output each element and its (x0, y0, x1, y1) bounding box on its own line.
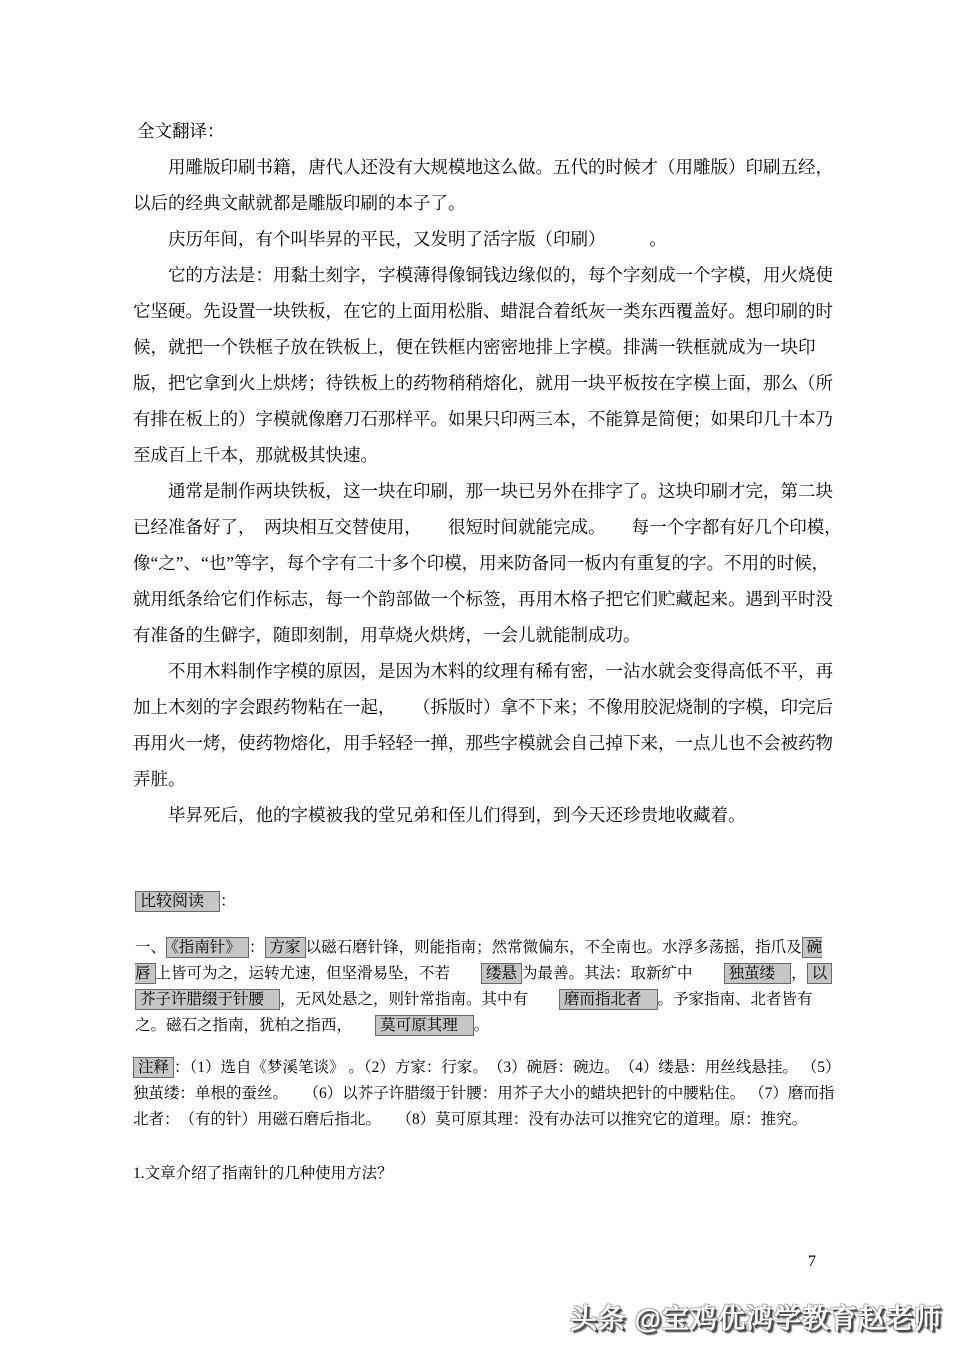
notes-text: ：（1）选自《梦溪笔谈》 。（2）方家：行家。 （3）碗唇：碗边。 （4）缕悬：… (133, 1059, 841, 1128)
translation-paragraph-2: 庆历年间，有个叫毕昇的平民，又发明了活字版（印刷） 。 (133, 221, 841, 257)
passage-text: 。 (474, 1017, 490, 1034)
question-1: 1.文章介绍了指南针的几种使用方法？ (133, 1161, 841, 1187)
passage-text: 上皆可为之，运转尤速，但坚滑易坠，不若 (156, 965, 482, 982)
highlighted-term-yi: 以 (807, 963, 833, 984)
translation-paragraph-4: 通常是制作两块铁板，这一块在印刷，那一块已另外在排字了。这块印刷才完，第二块已经… (133, 473, 841, 653)
notes-highlighted-label: 注释 (133, 1057, 174, 1078)
highlighted-term-lvxuan: 缕悬 (481, 963, 522, 984)
highlighted-term-fangjia: 方家 (265, 937, 306, 958)
page-content: 全文翻译： 用雕版印刷书籍，唐代人还没有大规模地这么做。五代的时候才（用雕版）印… (133, 113, 841, 1187)
section-title-full-translation: 全文翻译： (137, 113, 841, 149)
notes-paragraph: 注释：（1）选自《梦溪笔谈》 。（2）方家：行家。 （3）碗唇：碗边。 （4）缕… (133, 1055, 841, 1133)
highlighted-term-title: 《指南针》 (166, 937, 249, 958)
passage-text: 以磁石磨针锋，则能指南；然常微偏东，不全南也。水浮多荡摇，指爪及 (306, 939, 802, 956)
compass-passage: 一、《指南针》：方家以磁石磨针锋，则能指南；然常微偏东，不全南也。水浮多荡摇，指… (135, 935, 841, 1039)
compare-reading-highlighted-label: 比较阅读 (135, 891, 220, 912)
passage-text: ： (249, 939, 265, 956)
translation-paragraph-6: 毕昇死后，他的字模被我的堂兄弟和侄儿们得到，到今天还珍贵地收藏着。 (133, 797, 841, 833)
watermark-toutiao: 头条 @宝鸡优鸿学教育赵老师 (570, 1297, 942, 1336)
highlighted-term-jiezi-phrase: 芥子许腊缀于针腰 (135, 989, 280, 1010)
section-heading-compare-reading: 比较阅读： (135, 887, 841, 917)
document-page: { "page": { "number": "7", "watermark": … (0, 0, 956, 1353)
page-number: 7 (808, 1252, 816, 1272)
passage-text: 为最善。其法：取新纩中 (522, 965, 724, 982)
highlighted-term-mokeyuan: 莫可原其理 (375, 1015, 474, 1036)
passage-text: 一、 (135, 939, 166, 956)
passage-text: ， (791, 965, 807, 982)
compare-reading-heading-colon: ： (220, 893, 236, 910)
highlighted-term-dujianlv: 独茧缕 (724, 963, 792, 984)
translation-paragraph-5: 不用木料制作字模的原因，是因为木料的纹理有稀有密，一沾水就会变得高低不平，再加上… (133, 653, 841, 797)
translation-paragraph-1: 用雕版印刷书籍，唐代人还没有大规模地这么做。五代的时候才（用雕版）印刷五经，以后… (133, 149, 841, 221)
translation-paragraph-3: 它的方法是：用黏土刻字，字模薄得像铜钱边缘似的，每个字刻成一个字模，用火烧使它坚… (133, 257, 841, 473)
highlighted-term-mo-er-zhibei: 磨而指北者 (559, 989, 658, 1010)
passage-text: ，无风处悬之，则针常指南。其中有 (280, 991, 559, 1008)
